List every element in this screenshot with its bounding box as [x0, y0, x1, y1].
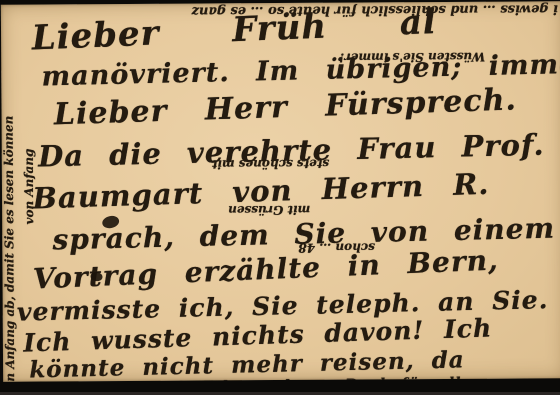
margin-text-vertical: von Anfang ab, damit Sie es lesen können: [1, 5, 17, 382]
interline-note-inverted: mit Grüssen: [228, 203, 310, 218]
margin-text-vertical: von Anfang: [21, 35, 36, 225]
interline-note-inverted: Wüssten Sie's immer!: [339, 50, 485, 65]
photo-frame: i gewiss … und schliesslich für heute so…: [0, 0, 560, 395]
interline-note-inverted: stets schönes mit: [212, 157, 329, 172]
postcard: i gewiss … und schliesslich für heute so…: [1, 1, 560, 381]
